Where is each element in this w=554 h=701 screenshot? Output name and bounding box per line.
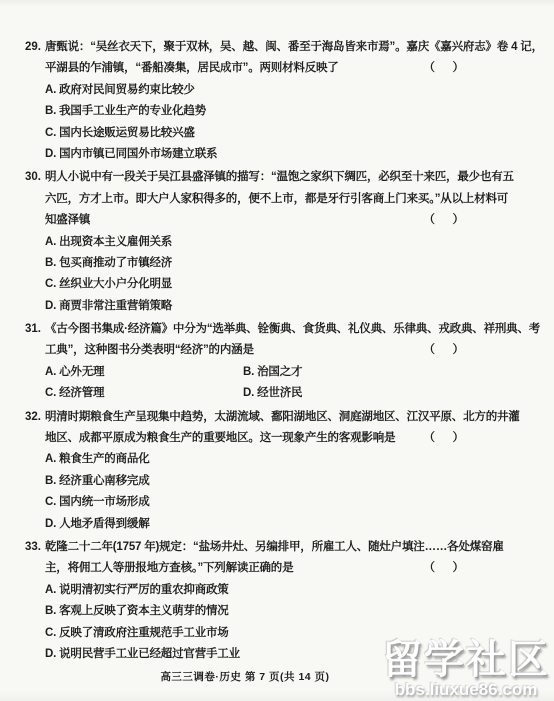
question-number: 32. [25,407,45,428]
option-label: A. [45,366,56,378]
watermark-title: 留学社区 [382,637,550,683]
option-label: B. [243,366,254,378]
question-number: 30. [25,167,45,188]
stem-text: 主，将佣工人等册报地方查核。”下列解读正确的是 [45,562,293,574]
option-a: A.粮食生产的商品化 [25,449,531,470]
option-b: B.我国手工业生产的专业化趋势 [25,101,531,122]
option-a: A.出现资本主义雇佣关系 [25,232,531,253]
option-c: C.丝织业大小户分化明显 [25,274,531,295]
stem-text: 知盛泽镇 [45,214,90,226]
stem-line: 33.乾隆二十二年(1757 年)规定：“盐场井灶、另编排甲，所雇工人、随灶户填… [25,537,531,558]
option-a: A.政府对民间贸易约束比较少 [25,80,531,101]
option-d: D.商贾非常注重营销策略 [25,296,531,317]
stem-line: 平湖县的乍浦镇，“番船凑集，居民成市”。两则材料反映了 （ ） [25,58,531,79]
option-label: B. [45,475,56,487]
option-label: C. [45,627,56,639]
option-text: 心外无理 [59,366,104,378]
option-row-cd: C.经济管理D.经世济民 [25,383,531,404]
option-label: A. [45,236,56,248]
stem-line: 六匹，方才上市。即大户人家积得多的，便不上市，都是牙行引客商上门来买。”从以上材… [25,189,531,210]
stem-line: 知盛泽镇 （ ） [25,210,531,231]
stem-text: 明清时期粮食生产呈现集中趋势，太湖流域、鄱阳湖地区、洞庭湖地区、江汉平原、北方的… [45,411,520,423]
option-text: 说明清初实行严厉的重农抑商政策 [59,584,229,596]
option-label: C. [45,496,56,508]
stem-text: 明人小说中有一段关于吴江县盛泽镇的描写：“温饱之家织下绸匹，必织至十来匹，最少也… [45,171,514,183]
option-text: 说明民营手工业已经超过官营手工业 [59,648,240,660]
answer-bracket: （ ） [424,210,468,231]
option-text: 包买商推动了市镇经济 [59,257,172,269]
option-label: A. [45,584,56,596]
option-text: 国内市镇已同国外市场建立联系 [59,148,217,160]
answer-bracket: （ ） [424,558,468,579]
stem-text: 平湖县的乍浦镇，“番船凑集，居民成市”。两则材料反映了 [45,62,339,74]
option-text: 治国之才 [257,366,302,378]
stem-line: 地区、成都平原成为粮食生产的重要地区。这一现象产生的客观影响是 （ ） [25,428,531,449]
stem-text: 《古今图书集成·经济篇》中分为“选举典、铨衡典、食货典、礼仪典、乐律典、戎政典、… [45,323,540,335]
option-a: A.心外无理 [45,362,243,383]
option-c: C.经济管理 [45,383,243,404]
option-text: 经世济民 [257,387,302,399]
answer-bracket: （ ） [424,58,468,79]
stem-line: 29.唐甄说：“吴丝衣天下，聚于双林，吴、越、闽、番至于海岛皆来市焉”。嘉庆《嘉… [25,37,531,58]
option-d: D.经世济民 [243,387,302,399]
option-c: C.国内统一市场形成 [25,492,531,513]
option-row-ab: A.心外无理B.治国之才 [25,362,531,383]
option-label: A. [45,84,56,96]
option-label: B. [45,257,56,269]
option-b: B.经济重心南移完成 [25,471,531,492]
option-d: D.人地矛盾得到缓解 [25,514,531,535]
watermark: 留学社区 bbs.liuxue86.com [382,637,550,699]
stem-text: 乾隆二十二年(1757 年)规定：“盐场井灶、另编排甲，所雇工人、随灶户填注……… [45,541,504,553]
option-text: 客观上反映了资本主义萌芽的情况 [59,605,229,617]
stem-line: 32.明清时期粮食生产呈现集中趋势，太湖流域、鄱阳湖地区、洞庭湖地区、江汉平原、… [25,407,531,428]
option-label: C. [45,278,56,290]
question-30: 30.明人小说中有一段关于吴江县盛泽镇的描写：“温饱之家织下绸匹，必织至十来匹，… [25,167,531,317]
option-label: D. [45,518,56,530]
option-label: D. [45,300,56,312]
option-label: C. [45,127,56,139]
exam-page-content: 29.唐甄说：“吴丝衣天下，聚于双林，吴、越、闽、番至于海岛皆来市焉”。嘉庆《嘉… [25,37,531,684]
option-label: B. [45,605,56,617]
watermark-url: bbs.liuxue86.com [382,681,550,699]
option-text: 经济重心南移完成 [59,475,149,487]
option-label: D. [45,148,56,160]
option-text: 经济管理 [59,387,104,399]
option-text: 丝织业大小户分化明显 [59,278,172,290]
option-a: A.说明清初实行严厉的重农抑商政策 [25,580,531,601]
option-text: 商贾非常注重营销策略 [59,300,172,312]
option-text: 出现资本主义雇佣关系 [59,236,172,248]
question-31: 31.《古今图书集成·经济篇》中分为“选举典、铨衡典、食货典、礼仪典、乐律典、戎… [25,319,531,405]
stem-line: 31.《古今图书集成·经济篇》中分为“选举典、铨衡典、食货典、礼仪典、乐律典、戎… [25,319,531,340]
stem-text: 六匹，方才上市。即大户人家积得多的，便不上市，都是牙行引客商上门来买。”从以上材… [45,193,508,205]
stem-text: 唐甄说：“吴丝衣天下，聚于双林，吴、越、闽、番至于海岛皆来市焉”。嘉庆《嘉兴府志… [45,41,543,53]
option-text: 我国手工业生产的专业化趋势 [59,105,206,117]
stem-line: 30.明人小说中有一段关于吴江县盛泽镇的描写：“温饱之家织下绸匹，必织至十来匹，… [25,167,531,188]
question-32: 32.明清时期粮食生产呈现集中趋势，太湖流域、鄱阳湖地区、洞庭湖地区、江汉平原、… [25,407,531,535]
option-text: 人地矛盾得到缓解 [59,518,149,530]
stem-line: 主，将佣工人等册报地方查核。”下列解读正确的是 （ ） [25,558,531,579]
option-text: 政府对民间贸易约束比较少 [59,84,195,96]
answer-bracket: （ ） [424,428,468,449]
question-number: 29. [25,37,45,58]
option-label: C. [45,387,56,399]
option-label: B. [45,105,56,117]
question-number: 31. [25,319,45,340]
option-text: 粮食生产的商品化 [59,453,149,465]
option-b: B.包买商推动了市镇经济 [25,253,531,274]
option-text: 国内长途贩运贸易比较兴盛 [59,127,195,139]
question-number: 33. [25,537,45,558]
answer-bracket: （ ） [424,340,468,361]
option-label: D. [45,648,56,660]
option-b: B.客观上反映了资本主义萌芽的情况 [25,601,531,622]
stem-text: 工典”，这种图书分类表明“经济”的内涵是 [45,344,254,356]
option-c: C.国内长途贩运贸易比较兴盛 [25,123,531,144]
option-text: 国内统一市场形成 [59,496,149,508]
option-label: A. [45,453,56,465]
question-29: 29.唐甄说：“吴丝衣天下，聚于双林，吴、越、闽、番至于海岛皆来市焉”。嘉庆《嘉… [25,37,531,165]
stem-line: 工典”，这种图书分类表明“经济”的内涵是 （ ） [25,340,531,361]
option-label: D. [243,387,254,399]
option-b: B.治国之才 [243,366,302,378]
option-text: 反映了清政府注重规范手工业市场 [59,627,229,639]
stem-text: 地区、成都平原成为粮食生产的重要地区。这一现象产生的客观影响是 [45,432,395,444]
option-d: D.国内市镇已同国外市场建立联系 [25,144,531,165]
